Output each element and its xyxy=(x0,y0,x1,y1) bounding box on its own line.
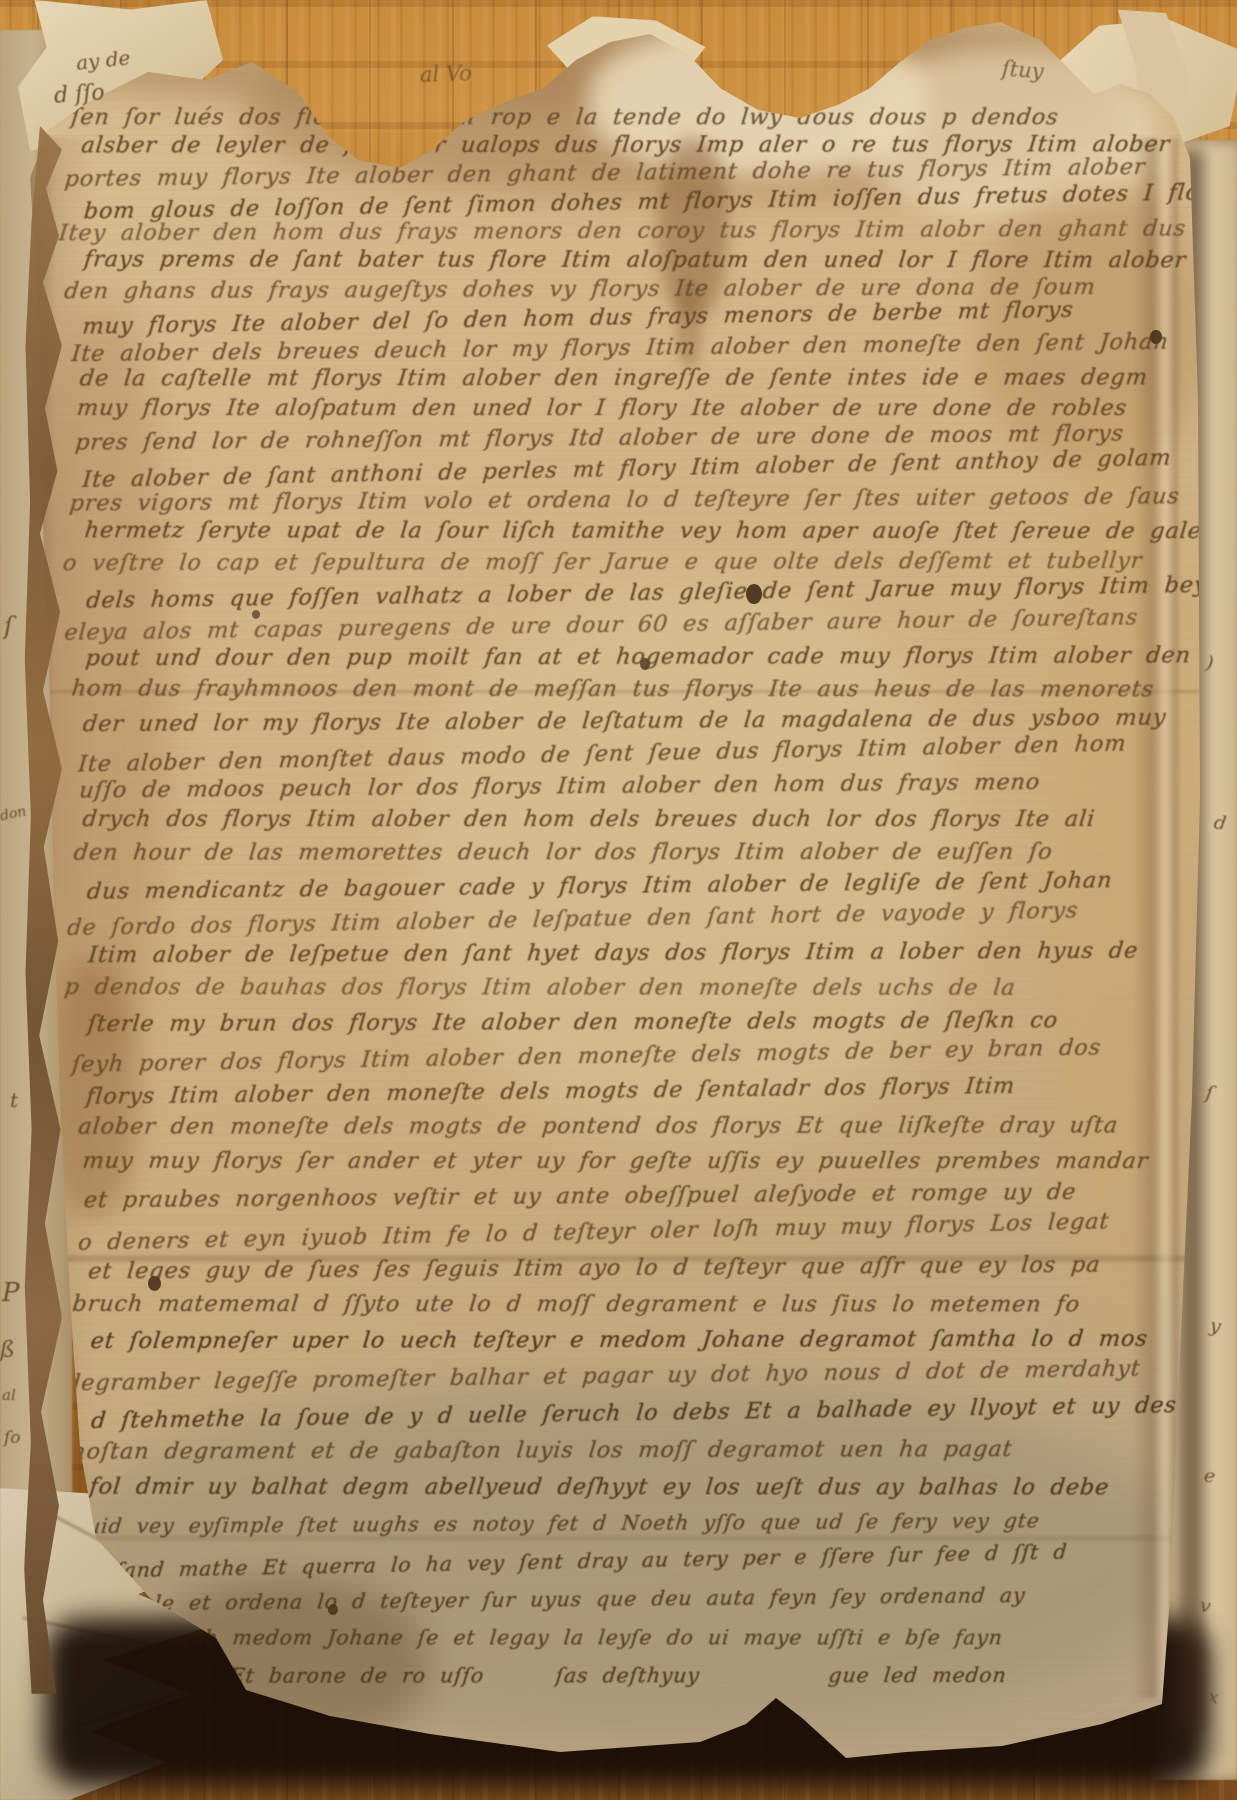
manuscript-line: bruch matememal d ſſyto ute lo d moſſ de… xyxy=(71,1291,1081,1318)
manuscript-line: ſeyh porer dos florys Itim alober den mo… xyxy=(71,1035,1102,1078)
margin-mark: ſo xyxy=(4,1428,21,1448)
top-fragment-text: ſtuy xyxy=(1001,57,1044,84)
manuscript-line: drych dos florys Itim alober den hom del… xyxy=(81,806,1096,832)
top-fragment-text: al Vo xyxy=(420,61,473,87)
manuscript-line: Itim alober de leſpetue den ſant hyet da… xyxy=(87,938,1139,969)
manuscript-photo: ſen ſor lués dos florys Itim dil rop e l… xyxy=(0,0,1237,1800)
manuscript-line: fol dmir uy balhat degm abellyeud deſhyy… xyxy=(88,1474,1110,1501)
margin-mark: ß xyxy=(0,1338,15,1363)
manuscript-line: de la caſtelle mt florys Itim alober den… xyxy=(78,364,1149,391)
manuscript-page: ſen ſor lués dos florys Itim dil rop e l… xyxy=(28,18,1200,1770)
manuscript-line: d ſand mathe Et querra lo ha vey ſent dr… xyxy=(86,1540,1068,1583)
manuscript-line: florys Itim alober den moneſte dels mogt… xyxy=(85,1073,1016,1110)
manuscript-line: ſen ſor lués dos florys Itim dil rop e l… xyxy=(70,104,1060,130)
manuscript-line: et leges guy de ſues ſes ſeguis Itim ayo… xyxy=(87,1251,1102,1284)
manuscript-line: ſta vole et ordena lo d teſteyer ſur uyu… xyxy=(83,1583,1026,1616)
manuscript-line: de ſordo dos florys Itim alober de leſpa… xyxy=(66,898,1079,942)
manuscript-line: et ſolempneſer uper lo uech teſteyr e me… xyxy=(89,1326,1149,1354)
manuscript-line: pout und dour den pup moilt fan at et ho… xyxy=(84,642,1192,671)
manuscript-line: alober den moneſte dels mogts de pontend… xyxy=(77,1112,1119,1139)
manuscript-line: degramber legeſſe promeſter balhar et pa… xyxy=(65,1356,1142,1397)
top-fragment-text: d ſſo xyxy=(53,80,105,108)
manuscript-line: ſuid vey eyſimple ſtet uughs es notoy fe… xyxy=(78,1509,1041,1539)
margin-mark: al xyxy=(2,1386,16,1404)
manuscript-line: hom dus frayhmnoos den mont de meſſan tu… xyxy=(70,675,1155,702)
manuscript-line: p dendos de bauhas dos florys Itim alobe… xyxy=(63,974,1017,1001)
manuscript-line: frays prems de ſant bater tus flore Itim… xyxy=(83,246,1188,273)
manuscript-line: den hour de las memorettes deuch lor dos… xyxy=(72,839,1054,866)
manuscript-line: hoſtan degrament et de gabaſton luyis lo… xyxy=(70,1436,1014,1465)
manuscript-line: Itey alober den hom dus frays menors den… xyxy=(58,215,1188,246)
manuscript-line: muy muy florys ſer ander et yter uy for … xyxy=(81,1148,1149,1174)
manuscript-line: et praubes norgenhoos veſtir et uy ante … xyxy=(83,1179,1078,1213)
margin-mark: ſ xyxy=(4,612,13,640)
margin-mark: P xyxy=(2,1278,20,1308)
manuscript-line: d ſtehmethe la ſoue de y d uelle ſeruch … xyxy=(90,1391,1237,1434)
manuscript-line: hermetz ſeryte upat de la ſour liſch tam… xyxy=(83,517,1214,544)
manuscript-line: ſterle my brun dos florys Ite alober den… xyxy=(86,1007,1059,1037)
handwritten-text-block: ſen ſor lués dos florys Itim dil rop e l… xyxy=(23,14,1206,1773)
manuscript-line: muy florys Ite aloſpatum den uned lor I … xyxy=(76,395,1129,421)
manuscript-line: o deners et eyn iyuob Itim fe lo d teſte… xyxy=(77,1208,1110,1255)
margin-mark: t xyxy=(10,1088,18,1112)
manuscript-line: o veſtre lo cap et ſepultura de moſſ ſer… xyxy=(62,548,1144,576)
